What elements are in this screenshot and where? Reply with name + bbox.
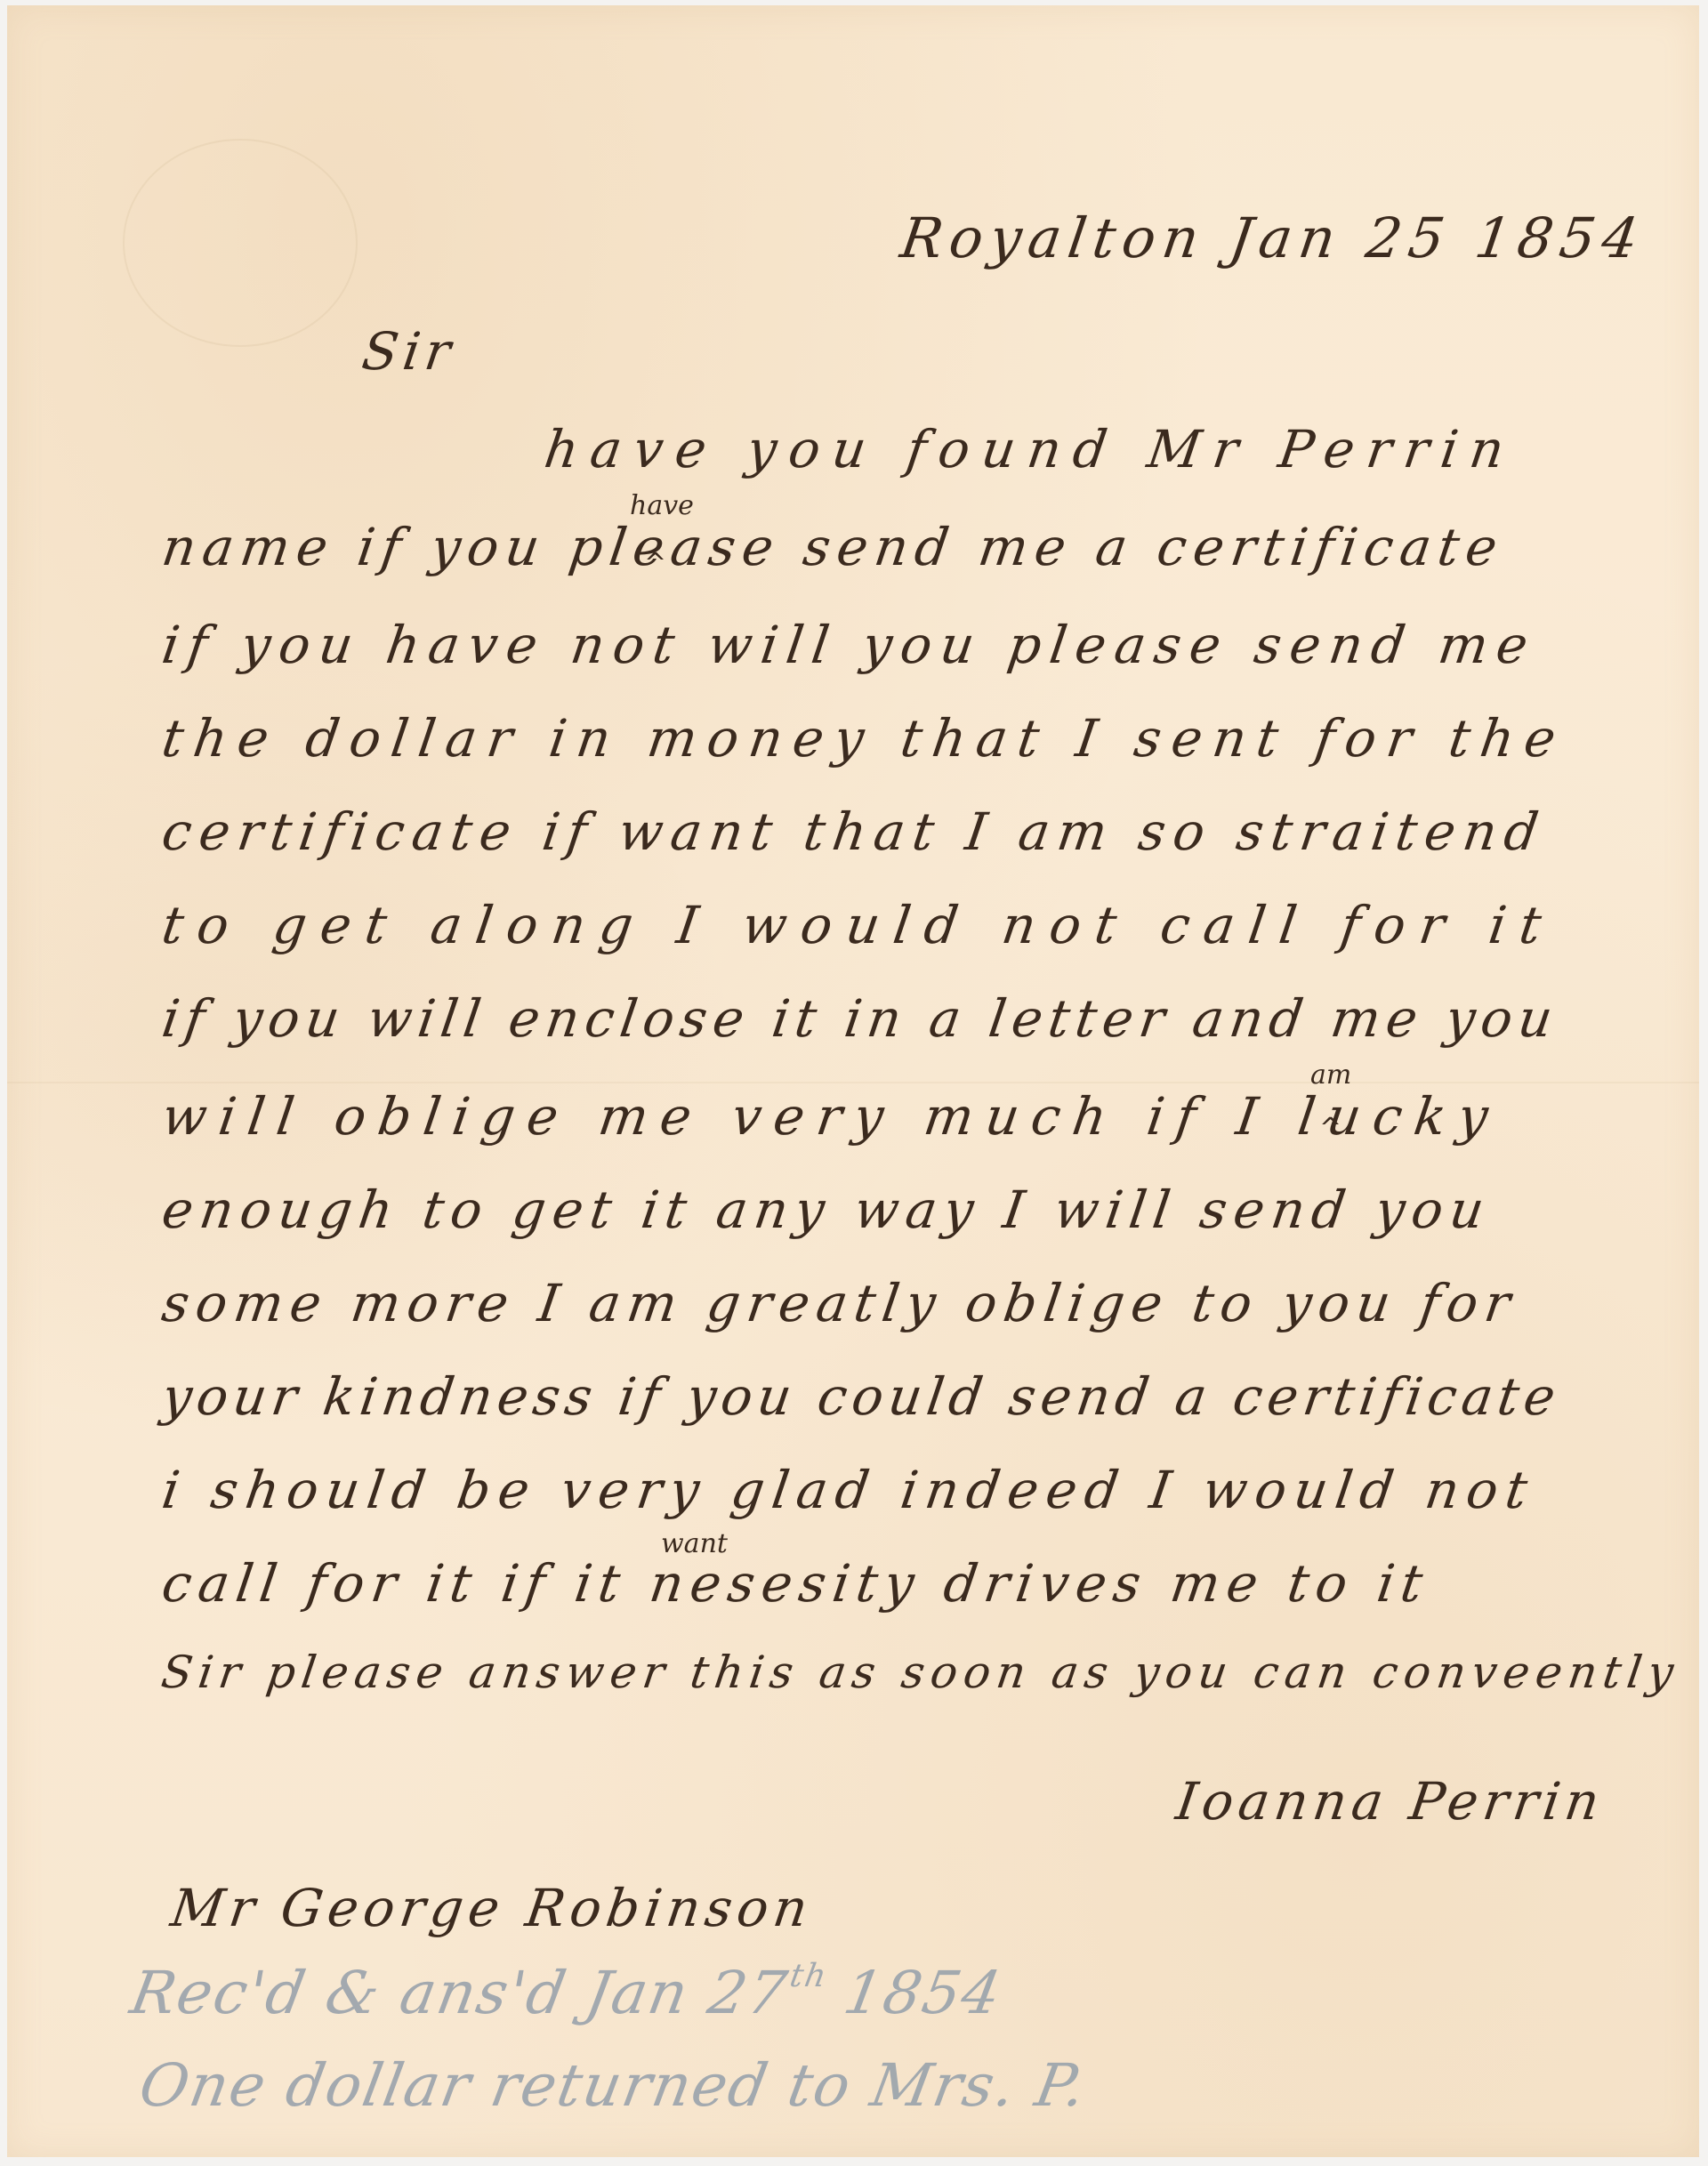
body-line-4: the dollar in money that I sent for the — [158, 708, 1570, 769]
pencil-received-text: Rec'd & ans'd Jan 27 — [125, 1959, 794, 2027]
place-date-heading: Royalton Jan 25 1854 — [897, 205, 1649, 270]
pencil-year: 1854 — [818, 1959, 1008, 2027]
body-line-8: will oblige me very much if I lucky — [158, 1086, 1504, 1147]
pencil-annotation-returned: One dollar returned to Mrs. P. — [134, 2051, 1092, 2120]
paper-fold-line — [7, 1082, 1699, 1083]
letter-paper: Royalton Jan 25 1854 Sir have you found … — [7, 5, 1699, 2157]
body-line-11: your kindness if you could send a certif… — [158, 1366, 1565, 1427]
body-line-6: to get along I would not call for it — [158, 895, 1559, 955]
pencil-ordinal-suffix: th — [787, 1958, 831, 1994]
body-line-2: name if you please send me a certificate — [158, 517, 1508, 577]
body-line-9: enough to get it any way I will send you — [158, 1180, 1494, 1240]
body-line-7: if you will enclose it in a letter and m… — [158, 988, 1562, 1049]
body-line-5: certificate if want that I am so straite… — [158, 801, 1550, 862]
body-line-13: call for it if it nesesity drives me to … — [158, 1553, 1433, 1614]
salutation: Sir — [359, 321, 460, 382]
body-line-1: have you found Mr Perrin — [541, 419, 1520, 479]
body-line-3: if you have not will you please send me — [158, 615, 1541, 675]
body-line-12: i should be very glad indeed I would not — [158, 1460, 1539, 1520]
body-line-10: some more I am greatly oblige to you for — [158, 1273, 1521, 1333]
addressee: Mr George Robinson — [167, 1878, 817, 1938]
pencil-annotation-received: Rec'd & ans'd Jan 27th 1854 — [125, 1958, 1008, 2027]
body-line-14: Sir please answer this as soon as you ca… — [158, 1647, 1683, 1698]
signature: Ioanna Perrin — [1172, 1771, 1608, 1832]
embossed-stationery-mark — [123, 139, 358, 347]
